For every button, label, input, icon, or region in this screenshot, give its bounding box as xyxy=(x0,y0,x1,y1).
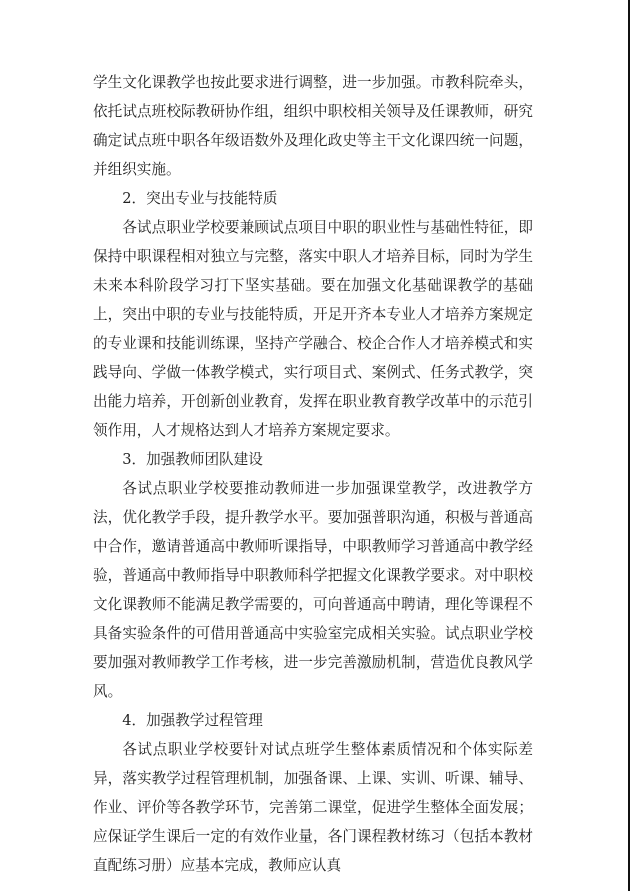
paragraph-cultural-courses: 学生文化课教学也按此要求进行调整，进一步加强。市教科院牵头，依托试点班校际教研协… xyxy=(93,68,533,184)
section-heading-3: 3．加强教师团队建设 xyxy=(93,445,533,474)
paragraph-teacher-team: 各试点职业学校要推动教师进一步加强课堂教学，改进教学方法，优化教学手段，提升教学… xyxy=(93,474,533,706)
document-body: 学生文化课教学也按此要求进行调整，进一步加强。市教科院牵头，依托试点班校际教研协… xyxy=(93,68,533,880)
section-heading-2: 2．突出专业与技能特质 xyxy=(93,184,533,213)
paragraph-teaching-process: 各试点职业学校要针对试点班学生整体素质情况和个体实际差异，落实教学过程管理机制，… xyxy=(93,735,533,880)
paragraph-professional-skills: 各试点职业学校要兼顾试点项目中职的职业性与基础性特征，即保持中职课程相对独立与完… xyxy=(93,213,533,445)
section-heading-4: 4．加强教学过程管理 xyxy=(93,706,533,735)
document-page: 学生文化课教学也按此要求进行调整，进一步加强。市教科院牵头，依托试点班校际教研协… xyxy=(0,0,630,891)
